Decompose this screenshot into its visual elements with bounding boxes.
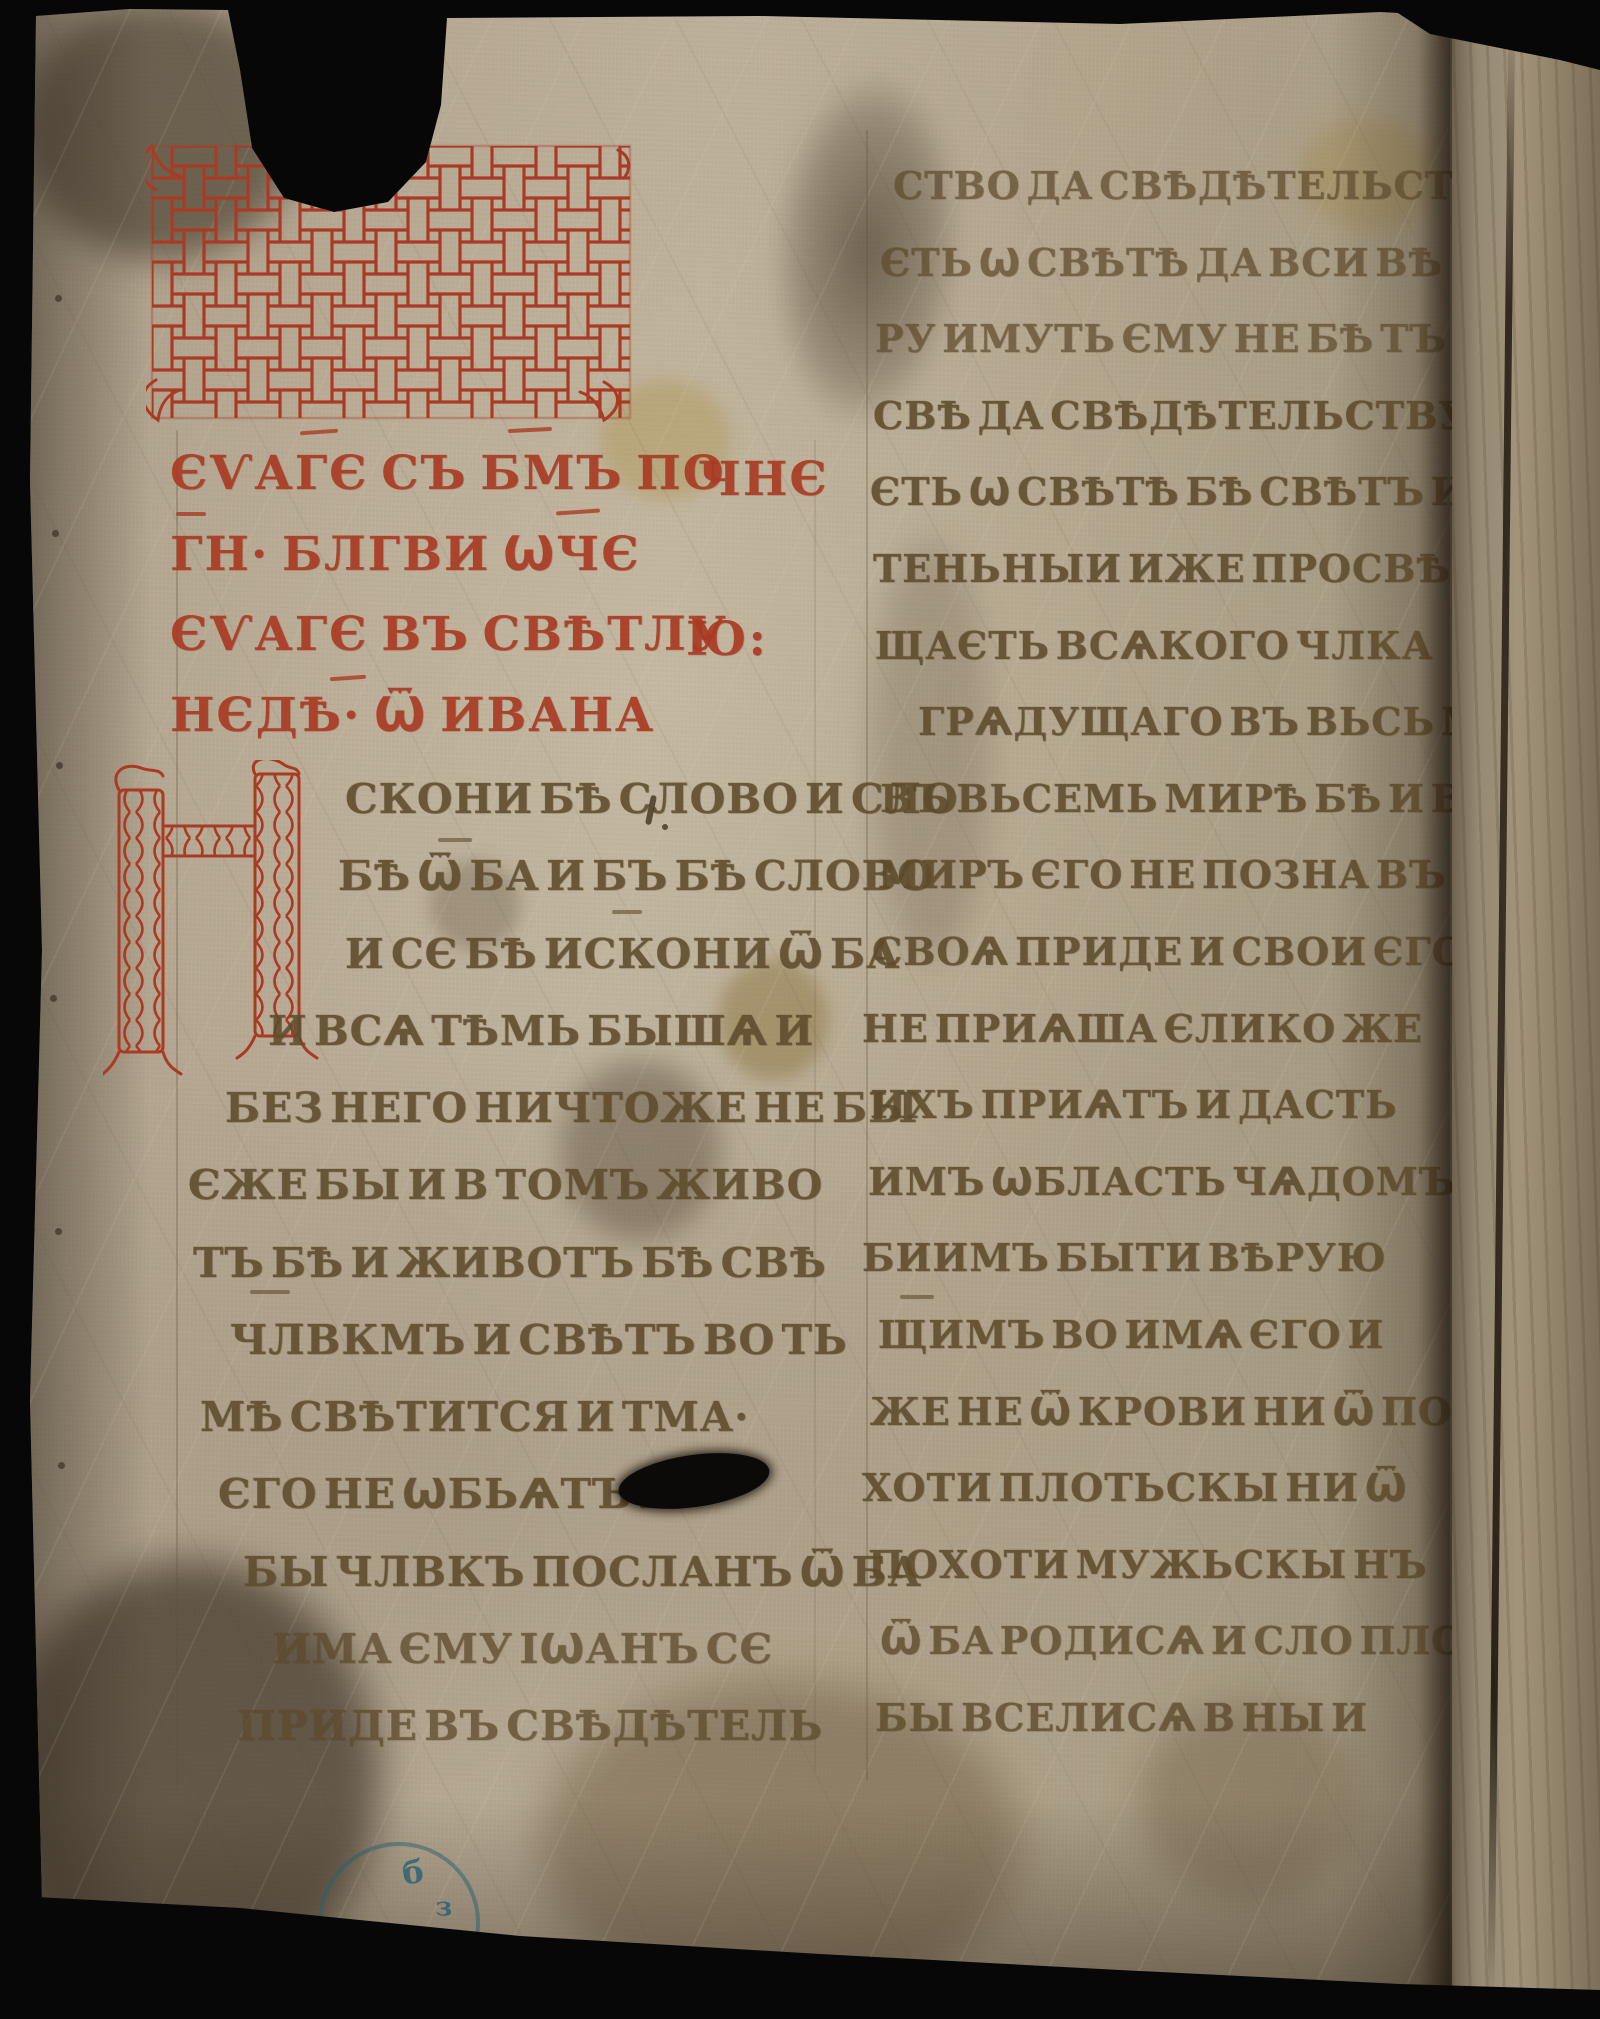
photo-vignette — [0, 0, 1600, 2019]
manuscript-photo: { "colors":{"red":"#a93b24","ink":"#5e4b… — [0, 0, 1600, 2019]
